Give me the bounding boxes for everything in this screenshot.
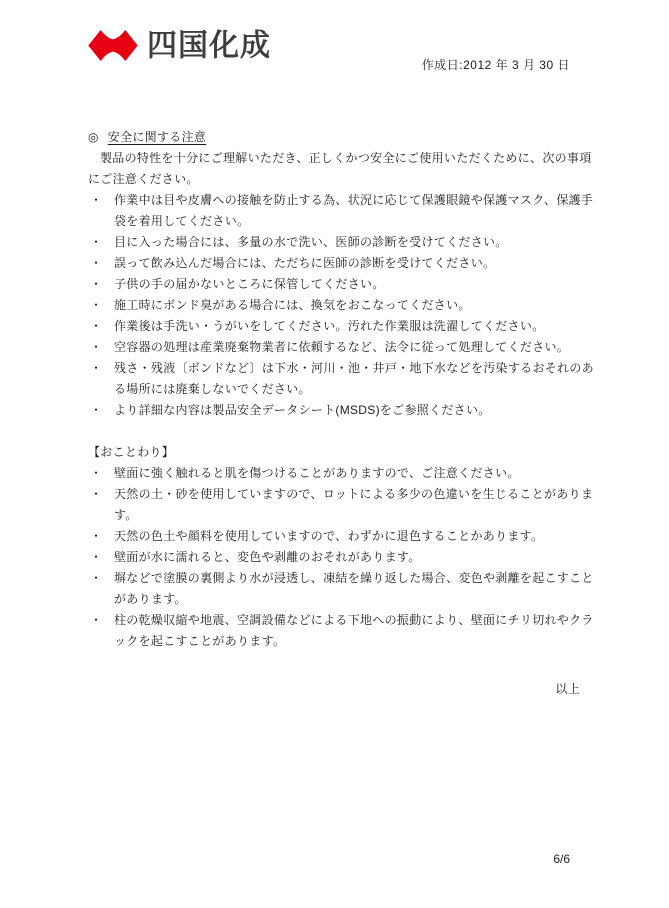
created-date: 作成日:2012 年 3 月 30 日	[422, 56, 570, 73]
list-item: 作業中は目や皮膚への接触を防止する為、状況に応じて保護眼鏡や保護マスク、保護手袋…	[88, 190, 598, 232]
shikoku-kasei-mark-icon	[88, 28, 138, 63]
list-item: 柱の乾燥収縮や地震、空調設備などによる下地への振動により、壁面にチリ切れやクラッ…	[88, 610, 598, 652]
list-item: 施工時にボンド臭がある場合には、換気をおこなってください。	[88, 295, 598, 316]
list-item: 塀などで塗膜の裏側より水が浸透し、凍結を繰り返した場合、変色や剥離を起こすことが…	[88, 568, 598, 610]
closing-text: 以上	[88, 679, 598, 700]
safety-heading-text: 安全に関する注意	[108, 130, 206, 144]
list-item: 目に入った場合には、多量の水で洗い、医師の診断を受けてください。	[88, 232, 598, 253]
notice-section-heading: 【おことわり】	[88, 442, 598, 463]
brand-name: 四国化成	[147, 27, 271, 63]
list-item: 残さ・残液〔ボンドなど〕は下水・河川・池・井戸・地下水などを汚染するおそれのある…	[88, 358, 598, 400]
company-logo: 四国化成	[88, 28, 271, 63]
list-item: より詳細な内容は製品安全データシート(MSDS)をご参照ください。	[88, 400, 598, 421]
list-item: 作業後は手洗い・うがいをしてください。汚れた作業服は洗濯してください。	[88, 316, 598, 337]
list-item: 誤って飲み込んだ場合には、ただちに医師の診断を受けてください。	[88, 253, 598, 274]
safety-section-heading: ◎安全に関する注意	[88, 127, 598, 148]
page-number: 6/6	[553, 852, 570, 866]
list-item: 空容器の処理は産業廃棄物業者に依頼するなど、法令に従って処理してください。	[88, 337, 598, 358]
list-item: 壁面に強く触れると肌を傷つけることがありますので、ご注意ください。	[88, 463, 598, 484]
safety-intro-paragraph: 製品の特性を十分にご理解いただき、正しくかつ安全にご使用いただくために、次の事項…	[88, 148, 598, 190]
list-item: 天然の色土や顔料を使用していますので、わずかに退色することかあります。	[88, 526, 598, 547]
document-page: 四国化成 作成日:2012 年 3 月 30 日 ◎安全に関する注意 製品の特性…	[0, 0, 669, 908]
double-circle-mark: ◎	[88, 130, 99, 144]
list-item: 天然の土・砂を使用していますので、ロットによる多少の色違いを生じることがあります…	[88, 484, 598, 526]
notice-bullet-list: 壁面に強く触れると肌を傷つけることがありますので、ご注意ください。 天然の土・砂…	[88, 463, 598, 652]
document-body: ◎安全に関する注意 製品の特性を十分にご理解いただき、正しくかつ安全にご使用いた…	[88, 127, 598, 700]
safety-bullet-list: 作業中は目や皮膚への接触を防止する為、状況に応じて保護眼鏡や保護マスク、保護手袋…	[88, 190, 598, 421]
list-item: 壁面が水に濡れると、変色や剥離のおそれがあります。	[88, 547, 598, 568]
list-item: 子供の手の届かないところに保管してください。	[88, 274, 598, 295]
